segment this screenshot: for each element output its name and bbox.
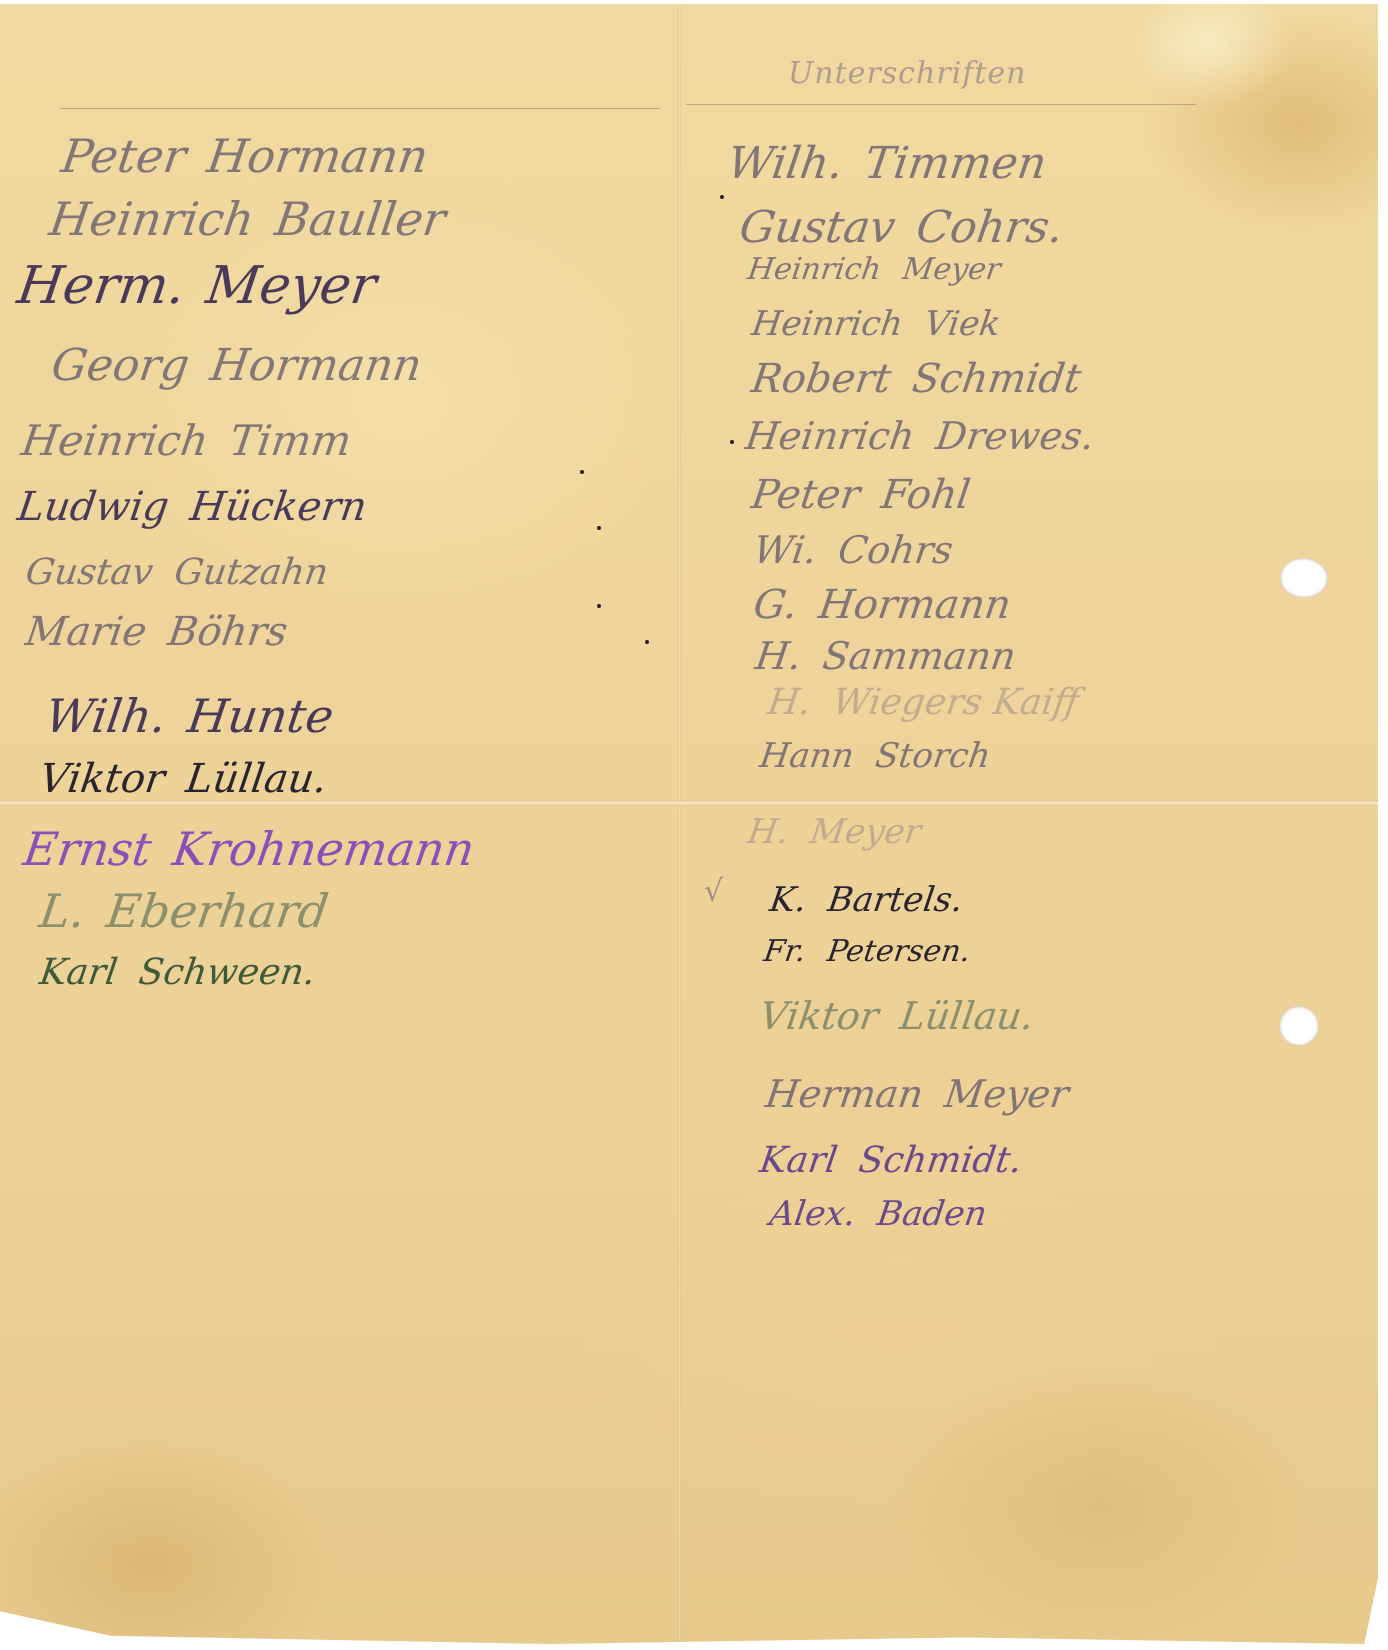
signature: KarlSchween. xyxy=(37,952,318,993)
signature: HeinrichMeyer xyxy=(746,252,1003,287)
signature: Wilh.Timmen xyxy=(724,138,1049,189)
signature-last-name: Wiegers Kaiff xyxy=(830,682,1082,723)
check-mark: √ xyxy=(704,874,723,909)
signature: MarieBöhrs xyxy=(23,609,291,655)
signature-first-name: Robert xyxy=(749,356,894,402)
signature: ErnstKrohnemann xyxy=(20,822,478,876)
signature-last-name: Petersen. xyxy=(825,934,973,969)
signature-first-name: Fr. xyxy=(762,934,808,969)
signature-first-name: H. xyxy=(765,682,814,723)
signature-last-name: Timmen xyxy=(861,138,1049,189)
signature-last-name: Krohnemann xyxy=(170,822,478,876)
signature: Wi.Cohrs xyxy=(751,528,956,572)
signature-last-name: Meyer xyxy=(808,812,924,852)
signature: H.Wiegers Kaiff xyxy=(765,682,1082,723)
signature-first-name: Herm. xyxy=(14,256,189,316)
signature-first-name: Georg xyxy=(48,340,192,391)
signature-first-name: Herman xyxy=(763,1072,926,1116)
signature-first-name: Heinrich xyxy=(743,414,918,458)
signature-last-name: Gutzahn xyxy=(172,552,331,593)
signature-last-name: Schmidt xyxy=(909,356,1083,402)
signature-last-name: Sammann xyxy=(820,634,1019,678)
signature-last-name: Schween. xyxy=(136,952,318,993)
signature-first-name: Peter xyxy=(58,129,189,183)
signature: HeinrichTimm xyxy=(19,416,355,465)
signature-first-name: Heinrich xyxy=(46,192,257,246)
signature-first-name: Viktor xyxy=(757,994,881,1038)
signature: ViktorLüllau. xyxy=(37,756,330,802)
ink-dot xyxy=(597,604,601,608)
signature: H.Sammann xyxy=(753,634,1019,678)
header-rule-right xyxy=(686,104,1196,105)
signature-first-name: Wi. xyxy=(751,528,820,572)
signature-last-name: Meyer xyxy=(900,252,1002,287)
signature: RobertSchmidt xyxy=(749,356,1084,402)
signature: HannStorch xyxy=(757,736,993,776)
signature-last-name: Meyer xyxy=(942,1072,1072,1116)
signature-last-name: Hormann xyxy=(204,129,432,183)
ink-dot xyxy=(597,526,601,530)
signature-last-name: Meyer xyxy=(203,256,380,316)
signature-first-name: Viktor xyxy=(37,756,168,802)
signature-last-name: Lüllau. xyxy=(897,994,1036,1038)
signature-last-name: Lüllau. xyxy=(183,756,330,802)
signature-last-name: Eberhard xyxy=(103,884,331,938)
signature-first-name: Peter xyxy=(749,472,863,518)
signature: H.Meyer xyxy=(745,812,924,852)
signature-first-name: Ernst xyxy=(20,822,155,876)
signature-first-name: G. xyxy=(751,582,801,628)
signature: L.Eberhard xyxy=(36,884,331,938)
signature-first-name: Alex. xyxy=(767,1194,858,1234)
signature-last-name: Hückern xyxy=(187,484,369,530)
signature: HeinrichViek xyxy=(749,304,1003,344)
signature-first-name: Karl xyxy=(37,952,120,993)
signature-last-name: Bauller xyxy=(272,192,449,246)
signature-last-name: Cohrs. xyxy=(913,202,1066,253)
signature-last-name: Cohrs xyxy=(836,528,956,572)
ink-dot xyxy=(580,470,584,474)
ink-dot xyxy=(730,440,734,444)
signature-first-name: Heinrich xyxy=(749,304,905,344)
signature-last-name: Hunte xyxy=(184,689,337,743)
signature-first-name: Wilh. xyxy=(42,689,170,743)
signature: K.Bartels. xyxy=(767,880,965,920)
signature-first-name: H. xyxy=(753,634,804,678)
signature: GeorgHormann xyxy=(48,340,425,391)
punch-hole-top xyxy=(1280,558,1328,598)
signature: Wilh.Hunte xyxy=(42,689,337,743)
punch-hole-bottom xyxy=(1279,1006,1319,1046)
signature: PeterHormann xyxy=(58,129,432,183)
signature-last-name: Hormann xyxy=(816,582,1014,628)
signature-first-name: Gustav xyxy=(736,202,898,253)
signature-first-name: H. xyxy=(745,812,791,852)
header-rule-left xyxy=(60,108,660,109)
signature-last-name: Baden xyxy=(875,1194,990,1234)
signature-last-name: Viek xyxy=(922,304,1003,344)
signature: GustavCohrs. xyxy=(736,202,1066,253)
signature-first-name: Marie xyxy=(23,609,150,655)
signature: PeterFohl xyxy=(749,472,973,518)
signature: HermanMeyer xyxy=(763,1072,1072,1116)
signature-first-name: Heinrich xyxy=(746,252,884,287)
signature-last-name: Fohl xyxy=(878,472,973,518)
signature: G.Hormann xyxy=(751,582,1014,628)
signature: Fr.Petersen. xyxy=(762,934,973,969)
signature-first-name: Ludwig xyxy=(15,484,172,530)
signature-last-name: Storch xyxy=(873,736,993,776)
signature: HeinrichDrewes. xyxy=(743,414,1097,458)
signature-first-name: Hann xyxy=(757,736,856,776)
signature: KarlSchmidt. xyxy=(757,1140,1024,1181)
signature: Alex.Baden xyxy=(767,1194,989,1234)
signature-last-name: Schmidt. xyxy=(856,1140,1024,1181)
signature-first-name: Heinrich xyxy=(19,416,212,465)
signature-last-name: Böhrs xyxy=(165,609,290,655)
signature: ViktorLüllau. xyxy=(757,994,1037,1038)
signature: HeinrichBauller xyxy=(46,192,449,246)
signature: GustavGutzahn xyxy=(23,552,331,593)
signature-last-name: Hormann xyxy=(207,340,425,391)
signature: Herm.Meyer xyxy=(14,256,380,316)
paper-sheet: Unterschriften PeterHormann HeinrichBaul… xyxy=(0,4,1378,1644)
signature-last-name: Bartels. xyxy=(825,880,965,920)
ink-dot xyxy=(720,195,724,199)
signatures-heading: Unterschriften xyxy=(788,56,1026,91)
vertical-fold-crease xyxy=(678,4,681,1644)
signature-first-name: K. xyxy=(767,880,809,920)
signature: LudwigHückern xyxy=(15,484,370,530)
signature-last-name: Timm xyxy=(227,416,355,465)
signature-first-name: L. xyxy=(36,884,89,938)
signature-first-name: Gustav xyxy=(23,552,155,593)
signature-last-name: Drewes. xyxy=(933,414,1097,458)
signature-first-name: Wilh. xyxy=(724,138,846,189)
signature-first-name: Karl xyxy=(757,1140,840,1181)
ink-dot xyxy=(645,640,649,644)
